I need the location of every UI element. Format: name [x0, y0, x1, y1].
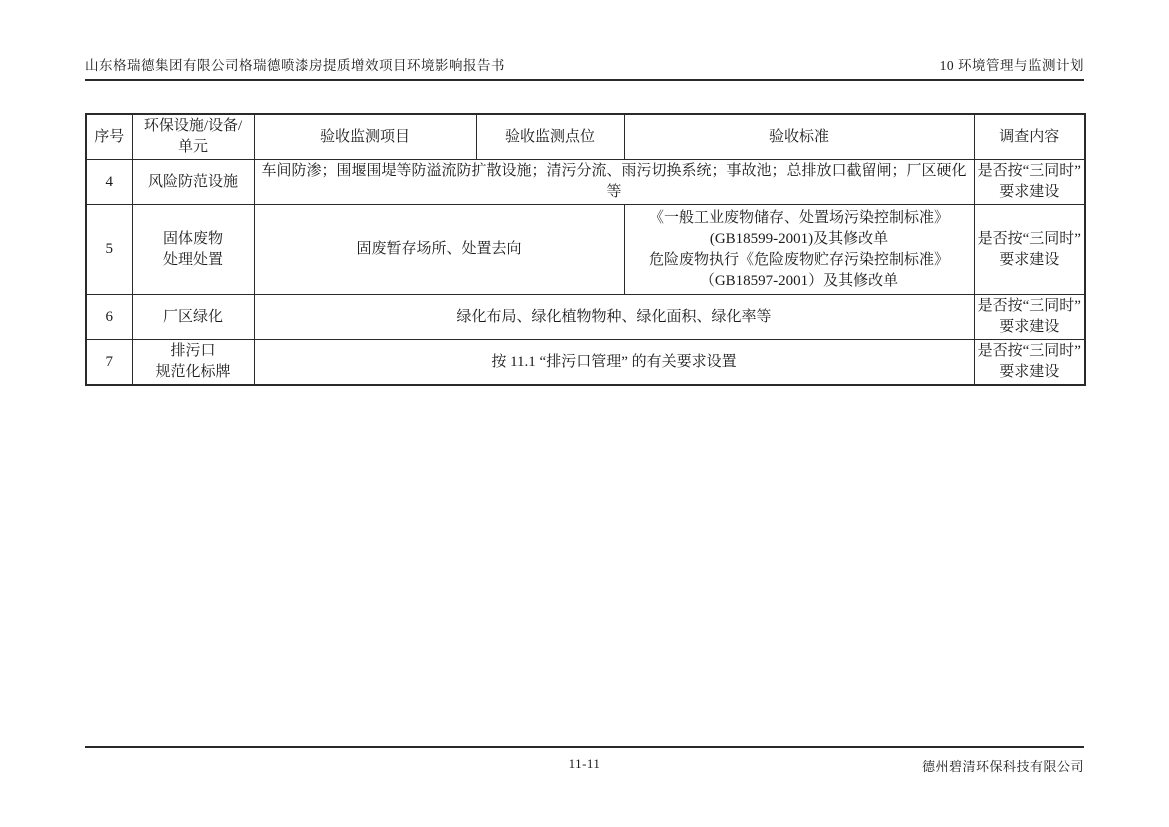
row7-content-cell: 按 11.1 “排污口管理” 的有关要求设置 [254, 340, 974, 386]
row4-content-cell: 车间防渗；围堰围堤等防溢流防扩散设施；清污分流、雨污切换系统；事故池；总排放口截… [254, 160, 974, 205]
row4-facility-cell: 风险防范设施 [132, 160, 254, 205]
row6-facility-cell: 厂区绿化 [132, 295, 254, 340]
table-container: 序号 环保设施/设备/ 单元 验收监测项目 验收监测点位 验收标准 调查内容 4… [85, 113, 1084, 386]
column-header-standard: 验收标准 [624, 114, 974, 160]
page-header: 山东格瑞德集团有限公司格瑞德喷漆房提质增效项目环境影响报告书 10 环境管理与监… [85, 54, 1084, 81]
row6-no-cell: 6 [86, 295, 132, 340]
report-title: 山东格瑞德集团有限公司格瑞德喷漆房提质增效项目环境影响报告书 [85, 54, 505, 74]
row6-survey-cell: 是否按“三同时” 要求建设 [974, 295, 1085, 340]
column-header-facility: 环保设施/设备/ 单元 [132, 114, 254, 160]
column-header-survey: 调查内容 [974, 114, 1085, 160]
table-row-4: 4 风险防范设施 车间防渗；围堰围堤等防溢流防扩散设施；清污分流、雨污切换系统；… [86, 160, 1085, 205]
row5-standard-cell: 《一般工业废物储存、处置场污染控制标准》 (GB18599-2001)及其修改单… [624, 205, 974, 295]
row5-survey-cell: 是否按“三同时” 要求建设 [974, 205, 1085, 295]
acceptance-monitoring-table: 序号 环保设施/设备/ 单元 验收监测项目 验收监测点位 验收标准 调查内容 4… [85, 113, 1086, 386]
column-header-no: 序号 [86, 114, 132, 160]
row5-no-cell: 5 [86, 205, 132, 295]
row7-facility-cell: 排污口 规范化标牌 [132, 340, 254, 386]
table-row-7: 7 排污口 规范化标牌 按 11.1 “排污口管理” 的有关要求设置 是否按“三… [86, 340, 1085, 386]
company-name: 德州碧清环保科技有限公司 [922, 756, 1084, 775]
row5-facility-cell: 固体废物 处理处置 [132, 205, 254, 295]
document-page: 山东格瑞德集团有限公司格瑞德喷漆房提质增效项目环境影响报告书 10 环境管理与监… [0, 0, 1169, 827]
table-header-row: 序号 环保设施/设备/ 单元 验收监测项目 验收监测点位 验收标准 调查内容 [86, 114, 1085, 160]
row5-content-cell: 固废暂存场所、处置去向 [254, 205, 624, 295]
row6-content-cell: 绿化布局、绿化植物物种、绿化面积、绿化率等 [254, 295, 974, 340]
column-header-monitor-point: 验收监测点位 [476, 114, 624, 160]
chapter-title: 10 环境管理与监测计划 [940, 54, 1084, 74]
column-header-monitor-item: 验收监测项目 [254, 114, 476, 160]
row4-survey-cell: 是否按“三同时” 要求建设 [974, 160, 1085, 205]
row4-no-cell: 4 [86, 160, 132, 205]
page-footer: 11-11 德州碧清环保科技有限公司 [85, 746, 1084, 772]
table-row-5: 5 固体废物 处理处置 固废暂存场所、处置去向 《一般工业废物储存、处置场污染控… [86, 205, 1085, 295]
row7-no-cell: 7 [86, 340, 132, 386]
table-row-6: 6 厂区绿化 绿化布局、绿化植物物种、绿化面积、绿化率等 是否按“三同时” 要求… [86, 295, 1085, 340]
row7-survey-cell: 是否按“三同时” 要求建设 [974, 340, 1085, 386]
